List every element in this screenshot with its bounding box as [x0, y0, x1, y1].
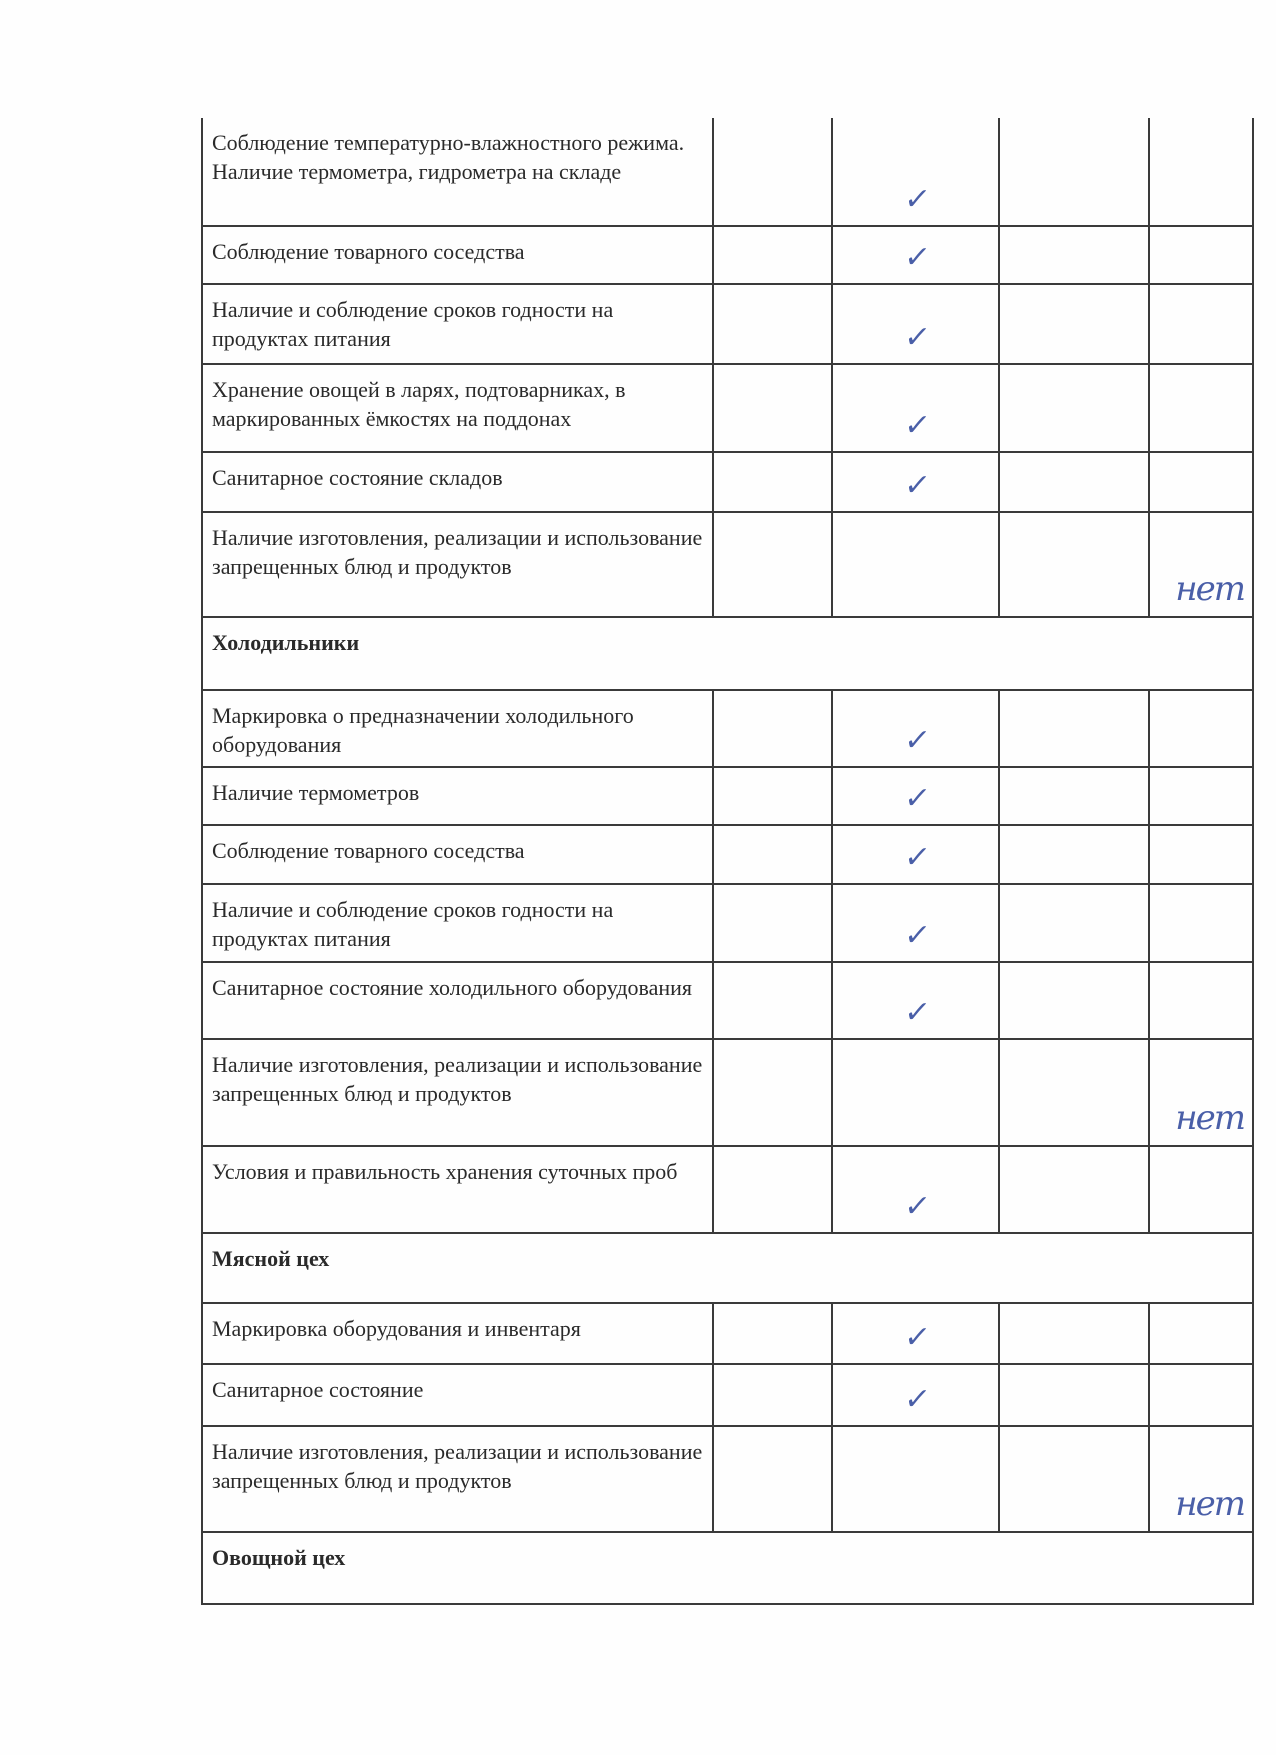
handwritten-check-icon: ✓ — [902, 185, 931, 215]
checklist-row: Наличие и соблюдение сроков годности на … — [202, 884, 1253, 962]
mark-cell-4[interactable] — [1149, 767, 1253, 825]
mark-cell-1[interactable] — [713, 118, 832, 226]
mark-cell-1[interactable] — [713, 690, 832, 767]
checklist-row: Наличие изготовления, реализации и испол… — [202, 1426, 1253, 1532]
checklist-row: Условия и правильность хранения суточных… — [202, 1146, 1253, 1233]
checklist-row: Санитарное состояние✓ — [202, 1364, 1253, 1426]
mark-cell-2[interactable]: ✓ — [832, 962, 999, 1039]
mark-cell-2[interactable]: ✓ — [832, 118, 999, 226]
mark-cell-4[interactable] — [1149, 690, 1253, 767]
criterion-label: Наличие изготовления, реализации и испол… — [202, 1426, 713, 1532]
mark-cell-1[interactable] — [713, 767, 832, 825]
mark-cell-1[interactable] — [713, 452, 832, 512]
mark-cell-3[interactable] — [999, 1146, 1149, 1233]
mark-cell-3[interactable] — [999, 1364, 1149, 1426]
mark-cell-1[interactable] — [713, 226, 832, 284]
handwritten-check-icon: ✓ — [902, 1323, 931, 1353]
checklist-row: Маркировка о предназначении холодильного… — [202, 690, 1253, 767]
mark-cell-4[interactable] — [1149, 1303, 1253, 1364]
mark-cell-4[interactable] — [1149, 364, 1253, 452]
mark-cell-2[interactable]: ✓ — [832, 690, 999, 767]
mark-cell-1[interactable] — [713, 284, 832, 364]
handwritten-check-icon: ✓ — [902, 784, 931, 814]
handwritten-no-mark: нет — [1175, 1487, 1244, 1521]
inspection-checklist-table: Соблюдение температурно-влажностного реж… — [201, 118, 1254, 1605]
checklist-row: Маркировка оборудования и инвентаря✓ — [202, 1303, 1253, 1364]
checklist-row: Наличие изготовления, реализации и испол… — [202, 1039, 1253, 1146]
mark-cell-1[interactable] — [713, 1146, 832, 1233]
mark-cell-1[interactable] — [713, 1303, 832, 1364]
mark-cell-3[interactable] — [999, 962, 1149, 1039]
mark-cell-2[interactable]: ✓ — [832, 1303, 999, 1364]
mark-cell-1[interactable] — [713, 825, 832, 884]
handwritten-check-icon: ✓ — [902, 471, 931, 501]
mark-cell-1[interactable] — [713, 364, 832, 452]
mark-cell-2[interactable] — [832, 512, 999, 617]
mark-cell-3[interactable] — [999, 1426, 1149, 1532]
criterion-label: Наличие изготовления, реализации и испол… — [202, 1039, 713, 1146]
checklist-row: Наличие изготовления, реализации и испол… — [202, 512, 1253, 617]
mark-cell-2[interactable]: ✓ — [832, 226, 999, 284]
mark-cell-4[interactable] — [1149, 884, 1253, 962]
section-title: Мясной цех — [202, 1233, 1253, 1303]
criterion-label: Условия и правильность хранения суточных… — [202, 1146, 713, 1233]
handwritten-check-icon: ✓ — [902, 411, 931, 441]
handwritten-check-icon: ✓ — [902, 1192, 931, 1222]
scanned-page: Соблюдение температурно-влажностного реж… — [0, 0, 1276, 1755]
mark-cell-4[interactable] — [1149, 452, 1253, 512]
mark-cell-2[interactable]: ✓ — [832, 1364, 999, 1426]
criterion-label: Маркировка о предназначении холодильного… — [202, 690, 713, 767]
mark-cell-3[interactable] — [999, 1303, 1149, 1364]
mark-cell-3[interactable] — [999, 364, 1149, 452]
mark-cell-4[interactable] — [1149, 226, 1253, 284]
mark-cell-4[interactable] — [1149, 962, 1253, 1039]
mark-cell-2[interactable] — [832, 1426, 999, 1532]
mark-cell-3[interactable] — [999, 226, 1149, 284]
criterion-label: Наличие изготовления, реализации и испол… — [202, 512, 713, 617]
mark-cell-4[interactable]: нет — [1149, 1426, 1253, 1532]
handwritten-no-mark: нет — [1175, 572, 1244, 606]
handwritten-check-icon: ✓ — [902, 998, 931, 1028]
mark-cell-4[interactable] — [1149, 1146, 1253, 1233]
mark-cell-1[interactable] — [713, 1426, 832, 1532]
checklist-row: Соблюдение товарного соседства✓ — [202, 825, 1253, 884]
criterion-label: Санитарное состояние складов — [202, 452, 713, 512]
checklist-body: Соблюдение температурно-влажностного реж… — [202, 118, 1253, 1604]
mark-cell-2[interactable]: ✓ — [832, 884, 999, 962]
handwritten-check-icon: ✓ — [902, 243, 931, 273]
criterion-label: Наличие и соблюдение сроков годности на … — [202, 884, 713, 962]
criterion-label: Хранение овощей в ларях, подтоварниках, … — [202, 364, 713, 452]
mark-cell-4[interactable]: нет — [1149, 512, 1253, 617]
mark-cell-2[interactable]: ✓ — [832, 452, 999, 512]
checklist-row: Санитарное состояние холодильного оборуд… — [202, 962, 1253, 1039]
criterion-label: Санитарное состояние холодильного оборуд… — [202, 962, 713, 1039]
handwritten-check-icon: ✓ — [902, 921, 931, 951]
mark-cell-2[interactable] — [832, 1039, 999, 1146]
mark-cell-1[interactable] — [713, 1364, 832, 1426]
mark-cell-2[interactable]: ✓ — [832, 825, 999, 884]
criterion-label: Маркировка оборудования и инвентаря — [202, 1303, 713, 1364]
mark-cell-3[interactable] — [999, 767, 1149, 825]
mark-cell-2[interactable]: ✓ — [832, 767, 999, 825]
checklist-row: Наличие и соблюдение сроков годности на … — [202, 284, 1253, 364]
mark-cell-4[interactable] — [1149, 118, 1253, 226]
mark-cell-2[interactable]: ✓ — [832, 364, 999, 452]
mark-cell-3[interactable] — [999, 118, 1149, 226]
checklist-row: Санитарное состояние складов✓ — [202, 452, 1253, 512]
section-header-row: Мясной цех — [202, 1233, 1253, 1303]
criterion-label: Соблюдение товарного соседства — [202, 226, 713, 284]
handwritten-check-icon: ✓ — [902, 323, 931, 353]
mark-cell-2[interactable]: ✓ — [832, 1146, 999, 1233]
criterion-label: Наличие термометров — [202, 767, 713, 825]
mark-cell-2[interactable]: ✓ — [832, 284, 999, 364]
criterion-label: Наличие и соблюдение сроков годности на … — [202, 284, 713, 364]
handwritten-no-mark: нет — [1175, 1101, 1244, 1135]
handwritten-check-icon: ✓ — [902, 1385, 931, 1415]
checklist-row: Соблюдение температурно-влажностного реж… — [202, 118, 1253, 226]
section-header-row: Холодильники — [202, 617, 1253, 690]
section-header-row: Овощной цех — [202, 1532, 1253, 1604]
mark-cell-3[interactable] — [999, 512, 1149, 617]
checklist-row: Хранение овощей в ларях, подтоварниках, … — [202, 364, 1253, 452]
mark-cell-4[interactable] — [1149, 1364, 1253, 1426]
mark-cell-3[interactable] — [999, 284, 1149, 364]
criterion-label: Санитарное состояние — [202, 1364, 713, 1426]
criterion-label: Соблюдение температурно-влажностного реж… — [202, 118, 713, 226]
mark-cell-4[interactable] — [1149, 284, 1253, 364]
mark-cell-3[interactable] — [999, 884, 1149, 962]
mark-cell-3[interactable] — [999, 825, 1149, 884]
section-title: Холодильники — [202, 617, 1253, 690]
mark-cell-4[interactable]: нет — [1149, 1039, 1253, 1146]
mark-cell-1[interactable] — [713, 1039, 832, 1146]
checklist-row: Соблюдение товарного соседства✓ — [202, 226, 1253, 284]
mark-cell-4[interactable] — [1149, 825, 1253, 884]
mark-cell-1[interactable] — [713, 884, 832, 962]
mark-cell-3[interactable] — [999, 1039, 1149, 1146]
handwritten-check-icon: ✓ — [902, 726, 931, 756]
mark-cell-1[interactable] — [713, 512, 832, 617]
mark-cell-3[interactable] — [999, 690, 1149, 767]
mark-cell-1[interactable] — [713, 962, 832, 1039]
handwritten-check-icon: ✓ — [902, 843, 931, 873]
criterion-label: Соблюдение товарного соседства — [202, 825, 713, 884]
mark-cell-3[interactable] — [999, 452, 1149, 512]
section-title: Овощной цех — [202, 1532, 1253, 1604]
checklist-row: Наличие термометров✓ — [202, 767, 1253, 825]
